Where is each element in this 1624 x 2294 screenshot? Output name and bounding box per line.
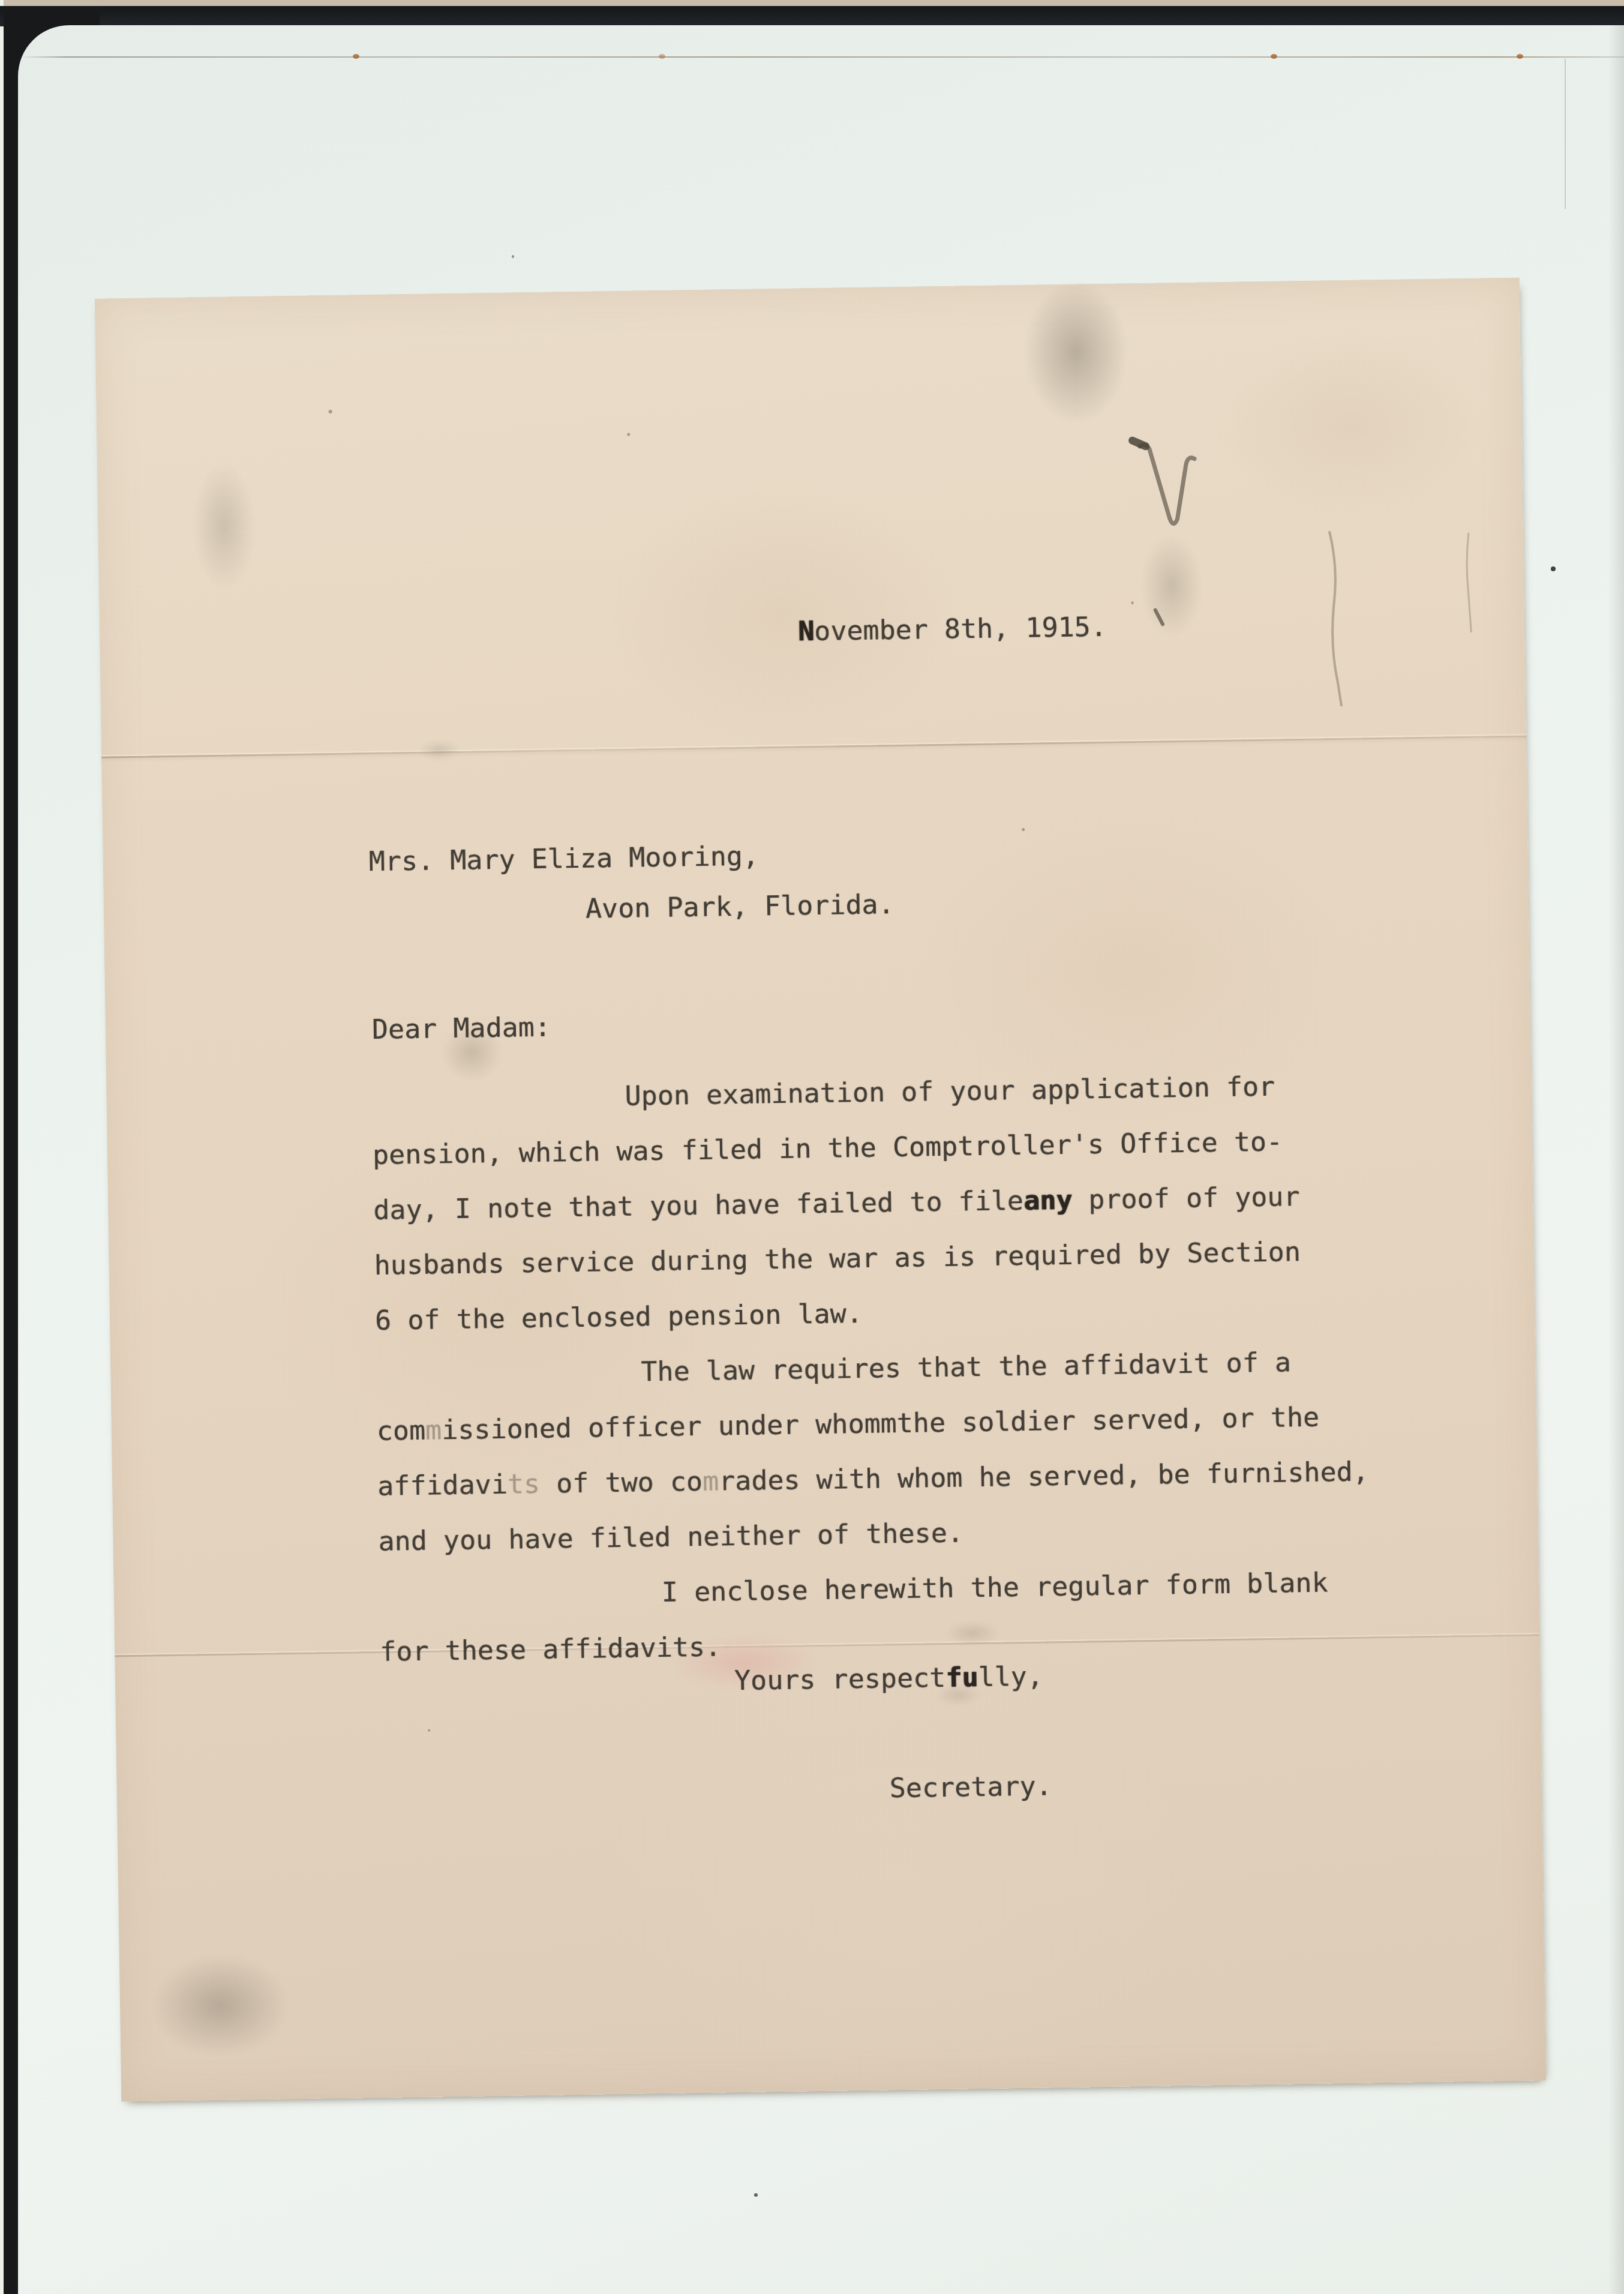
text-segment: husbands service during the war as is re… [374, 1236, 1301, 1281]
rust-spot [1517, 54, 1523, 59]
recipient-city: Avon Park, Florida. [586, 888, 894, 925]
text-segment: for these affidavits. [380, 1631, 722, 1668]
dust-speck [1551, 566, 1556, 571]
text-segment: the soldier served, or the [896, 1401, 1319, 1439]
text-segment: Mrs. Mary Eliza Mooring, [368, 839, 759, 877]
dust-speck [512, 255, 514, 258]
text-segment: N [798, 615, 815, 647]
text-segment: and you have filed neither of these. [378, 1517, 963, 1557]
text-segment: m [425, 1414, 442, 1446]
text-segment: Avon Park, Florida. [586, 888, 894, 925]
text-segment: ts [508, 1468, 541, 1500]
text-segment: m [703, 1465, 719, 1497]
scan-top-edge [0, 6, 1624, 26]
text-segment: pension, which was filed in the Comptrol… [373, 1126, 1283, 1171]
faint-scratch-line [1565, 59, 1566, 209]
typewritten-text-layer: November 8th, 1915. Mrs. Mary Eliza Moor… [95, 278, 1546, 2102]
rust-spot [353, 54, 359, 59]
closing-line: Yours respectfully, [734, 1660, 1043, 1697]
dust-speck [754, 2193, 758, 2197]
text-segment: Yours respect [734, 1662, 946, 1696]
text-segment: com [376, 1414, 425, 1447]
letter-body: Upon examination of your application for… [371, 1055, 1508, 1680]
text-segment: rades with whom he served, be furnished, [719, 1455, 1369, 1497]
rust-spot [659, 54, 665, 59]
text-segment: ovember 8th, 1915. [814, 611, 1107, 647]
text-segment: Dear Madam: [372, 1011, 551, 1045]
text-segment: Upon examination of your application for [625, 1070, 1275, 1112]
letter-paper: November 8th, 1915. Mrs. Mary Eliza Moor… [95, 278, 1546, 2102]
letter-date: November 8th, 1915. [798, 611, 1107, 647]
text-segment: proof of your [1072, 1180, 1300, 1216]
text-segment: of two co [540, 1465, 703, 1500]
salutation: Dear Madam: [372, 1011, 551, 1045]
backing-crease-line [18, 56, 1624, 58]
text-segment: day, I note that you have failed to file [373, 1185, 1023, 1226]
text-segment: Secretary. [889, 1770, 1052, 1804]
backing-sheet: November 8th, 1915. Mrs. Mary Eliza Moor… [18, 25, 1624, 2294]
recipient-name: Mrs. Mary Eliza Mooring, [368, 839, 759, 877]
text-segment: 6 of the enclosed pension law. [375, 1297, 863, 1336]
text-segment: lly, [978, 1660, 1043, 1693]
text-segment: I enclose herewith the regular form blan… [662, 1567, 1328, 1608]
text-segment: fu [945, 1661, 978, 1693]
scanned-letter-page: November 8th, 1915. Mrs. Mary Eliza Moor… [0, 0, 1624, 2294]
rust-spot [1271, 54, 1277, 59]
text-segment: issioned officer under whomm [442, 1407, 897, 1446]
text-segment: any [1023, 1184, 1073, 1216]
signature-line: Secretary. [889, 1770, 1052, 1804]
text-segment: affidavi [377, 1468, 508, 1502]
text-segment: The law requires that the affidavit of a [641, 1346, 1291, 1387]
